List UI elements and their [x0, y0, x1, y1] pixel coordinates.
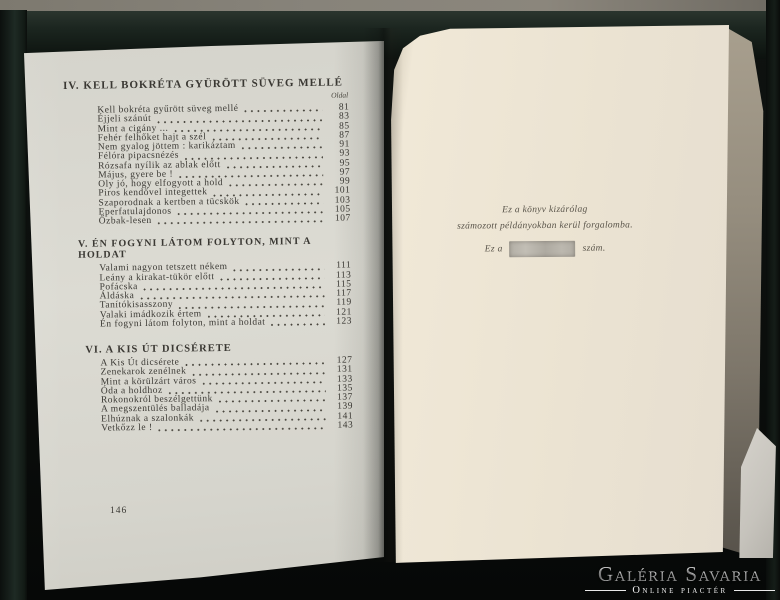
dot-leader — [159, 427, 327, 432]
toc-section-title-v: V. ÉN FOGYNI LÁTOM FOLYTON, MINT A HOLDA… — [62, 236, 352, 262]
toc-entries-iv: Kell bokréta gyűrött süveg mellé 81 Éjje… — [60, 103, 351, 227]
book-photo: IV. KELL BOKRÉTA GYÜRÖTT SÜVEG MELLÉ Old… — [0, 0, 780, 600]
entry-title: Vetkőzz le ! — [101, 424, 152, 434]
toc-entry: Őzbak-lesen 107 — [62, 214, 352, 227]
page-column-header: Oldal — [60, 90, 348, 103]
entry-title: Én fogyni látom folyton, mint a holdat — [100, 318, 266, 329]
notice-line-1: Ez a könyv kizárólag — [425, 201, 665, 219]
dot-leader — [158, 220, 324, 225]
copy-number-line: Ez a szám. — [425, 240, 665, 258]
smudged-copy-number-box — [510, 241, 576, 257]
toc-entries-v: Valami nagyon tetszett nékem 111 Leány a… — [62, 262, 353, 330]
toc-entries-vi: A Kis Út dicsérete 127 Zenekarok zenélne… — [63, 356, 354, 434]
watermark-dash-right — [734, 590, 775, 592]
entry-page-number: 107 — [327, 214, 351, 224]
table-of-contents: IV. KELL BOKRÉTA GYÜRÖTT SÜVEG MELLÉ Old… — [60, 76, 354, 434]
notice-line-2: számozott példányokban kerül forgalomba. — [425, 217, 665, 235]
marketplace-watermark: Galéria Savaria Online piactér — [585, 562, 775, 596]
toc-section-title-iv: IV. KELL BOKRÉTA GYÜRÖTT SÜVEG MELLÉ — [60, 76, 350, 92]
entry-title: Őzbak-lesen — [99, 217, 152, 227]
entry-page-number: 143 — [329, 421, 353, 431]
copy-number-suffix: szám. — [583, 241, 606, 257]
copy-number-prefix: Ez a — [485, 241, 503, 257]
toc-section-title-vi: VI. A KIS ÚT DICSÉRETE — [63, 341, 353, 356]
dot-leader — [271, 323, 325, 327]
toc-entry: Én fogyni látom folyton, mint a holdat 1… — [63, 317, 353, 330]
watermark-dash-left — [585, 590, 626, 592]
limited-edition-notice: Ez a könyv kizárólag számozott példányok… — [425, 201, 665, 258]
watermark-title: Galéria Savaria — [585, 562, 775, 587]
folio-page-number: 146 — [110, 506, 127, 516]
entry-page-number: 123 — [328, 317, 352, 327]
right-page — [388, 25, 729, 565]
book-cover-left — [0, 10, 27, 600]
watermark-subtitle-text: Online piactér — [632, 585, 727, 596]
